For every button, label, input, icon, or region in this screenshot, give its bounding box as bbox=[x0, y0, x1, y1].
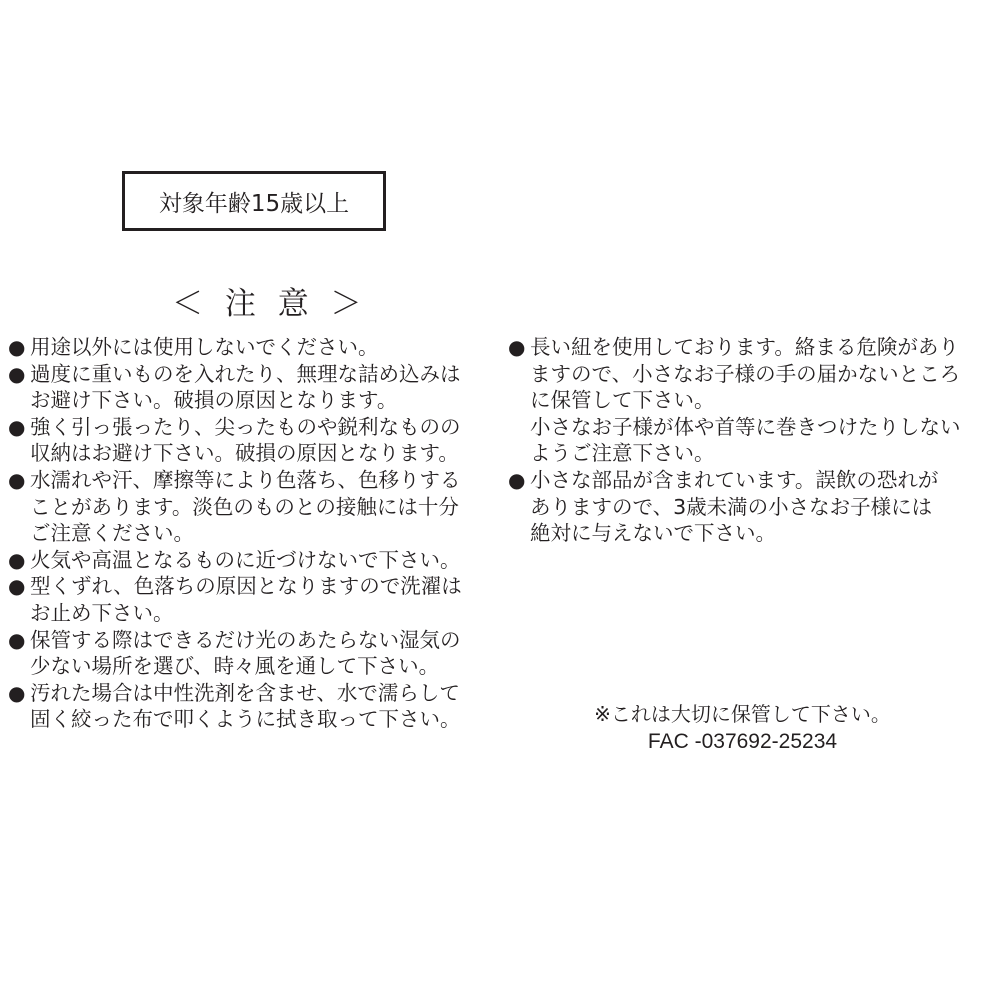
caution-list-right: ● 長い紐を使用しております。絡まる危険があり ますので、小さなお子様の手の届か… bbox=[508, 334, 998, 547]
caution-line: ますので、小さなお子様の手の届かないところ bbox=[530, 361, 998, 388]
caution-line: 用途以外には使用しないでください。 bbox=[30, 334, 498, 361]
caution-line: お止め下さい。 bbox=[30, 600, 498, 627]
bullet-icon: ● bbox=[8, 414, 30, 467]
caution-line: 収納はお避け下さい。破損の原因となります。 bbox=[30, 440, 498, 467]
bullet-icon: ● bbox=[8, 627, 30, 680]
caution-line: 水濡れや汗、摩擦等により色落ち、色移りする bbox=[30, 467, 498, 494]
caution-item: ● 火気や高温となるものに近づけないで下さい。 bbox=[8, 547, 498, 574]
bullet-icon: ● bbox=[8, 547, 30, 574]
caution-item: ● 型くずれ、色落ちの原因となりますので洗濯は お止め下さい。 bbox=[8, 573, 498, 626]
caution-line: ありますので、3歳未満の小さなお子様には bbox=[530, 494, 998, 521]
caution-line: 固く絞った布で叩くように拭き取って下さい。 bbox=[30, 706, 498, 733]
age-notice-text: 対象年齢15歳以上 bbox=[159, 185, 349, 218]
caution-line: ことがあります。淡色のものとの接触には十分 bbox=[30, 494, 498, 521]
caution-line: 汚れた場合は中性洗剤を含ませ、水で濡らして bbox=[30, 680, 498, 707]
bullet-icon: ● bbox=[8, 467, 30, 547]
bullet-icon: ● bbox=[8, 361, 30, 414]
caution-line: 少ない場所を選び、時々風を通して下さい。 bbox=[30, 653, 498, 680]
caution-item: ● 汚れた場合は中性洗剤を含ませ、水で濡らして 固く絞った布で叩くように拭き取っ… bbox=[8, 680, 498, 733]
caution-line: 小さなお子様が体や首等に巻きつけたりしない bbox=[530, 414, 998, 441]
caution-line: 強く引っ張ったり、尖ったものや鋭利なものの bbox=[30, 414, 498, 441]
footer-notice: ※これは大切に保管して下さい。 FAC -037692-25234 bbox=[560, 700, 925, 756]
bullet-icon: ● bbox=[508, 334, 530, 467]
caution-item: ● 長い紐を使用しております。絡まる危険があり ますので、小さなお子様の手の届か… bbox=[508, 334, 998, 467]
bullet-icon: ● bbox=[508, 467, 530, 547]
caution-line: 絶対に与えないで下さい。 bbox=[530, 520, 998, 547]
bullet-icon: ● bbox=[8, 680, 30, 733]
caution-item: ● 小さな部品が含まれています。誤飲の恐れが ありますので、3歳未満の小さなお子… bbox=[508, 467, 998, 547]
bullet-icon: ● bbox=[8, 334, 30, 361]
caution-line: に保管して下さい。 bbox=[530, 387, 998, 414]
product-code: FAC -037692-25234 bbox=[560, 728, 925, 756]
caution-line: 小さな部品が含まれています。誤飲の恐れが bbox=[530, 467, 998, 494]
caution-line: ご注意ください。 bbox=[30, 520, 498, 547]
keep-notice-text: ※これは大切に保管して下さい。 bbox=[560, 700, 925, 728]
caution-line: お避け下さい。破損の原因となります。 bbox=[30, 387, 498, 414]
caution-line: 型くずれ、色落ちの原因となりますので洗濯は bbox=[30, 573, 498, 600]
caution-item: ● 水濡れや汗、摩擦等により色落ち、色移りする ことがあります。淡色のものとの接… bbox=[8, 467, 498, 547]
caution-line: 保管する際はできるだけ光のあたらない湿気の bbox=[30, 627, 498, 654]
caution-line: ようご注意下さい。 bbox=[530, 440, 998, 467]
caution-list-left: ● 用途以外には使用しないでください。 ● 過度に重いものを入れたり、無理な詰め… bbox=[8, 334, 498, 733]
caution-item: ● 用途以外には使用しないでください。 bbox=[8, 334, 498, 361]
age-notice-box: 対象年齢15歳以上 bbox=[122, 171, 386, 231]
caution-item: ● 保管する際はできるだけ光のあたらない湿気の 少ない場所を選び、時々風を通して… bbox=[8, 627, 498, 680]
caution-item: ● 強く引っ張ったり、尖ったものや鋭利なものの 収納はお避け下さい。破損の原因と… bbox=[8, 414, 498, 467]
caution-heading: ＜ 注 意 ＞ bbox=[172, 278, 332, 323]
caution-line: 火気や高温となるものに近づけないで下さい。 bbox=[30, 547, 498, 574]
caution-line: 過度に重いものを入れたり、無理な詰め込みは bbox=[30, 361, 498, 388]
bullet-icon: ● bbox=[8, 573, 30, 626]
caution-item: ● 過度に重いものを入れたり、無理な詰め込みは お避け下さい。破損の原因となりま… bbox=[8, 361, 498, 414]
caution-line: 長い紐を使用しております。絡まる危険があり bbox=[530, 334, 998, 361]
